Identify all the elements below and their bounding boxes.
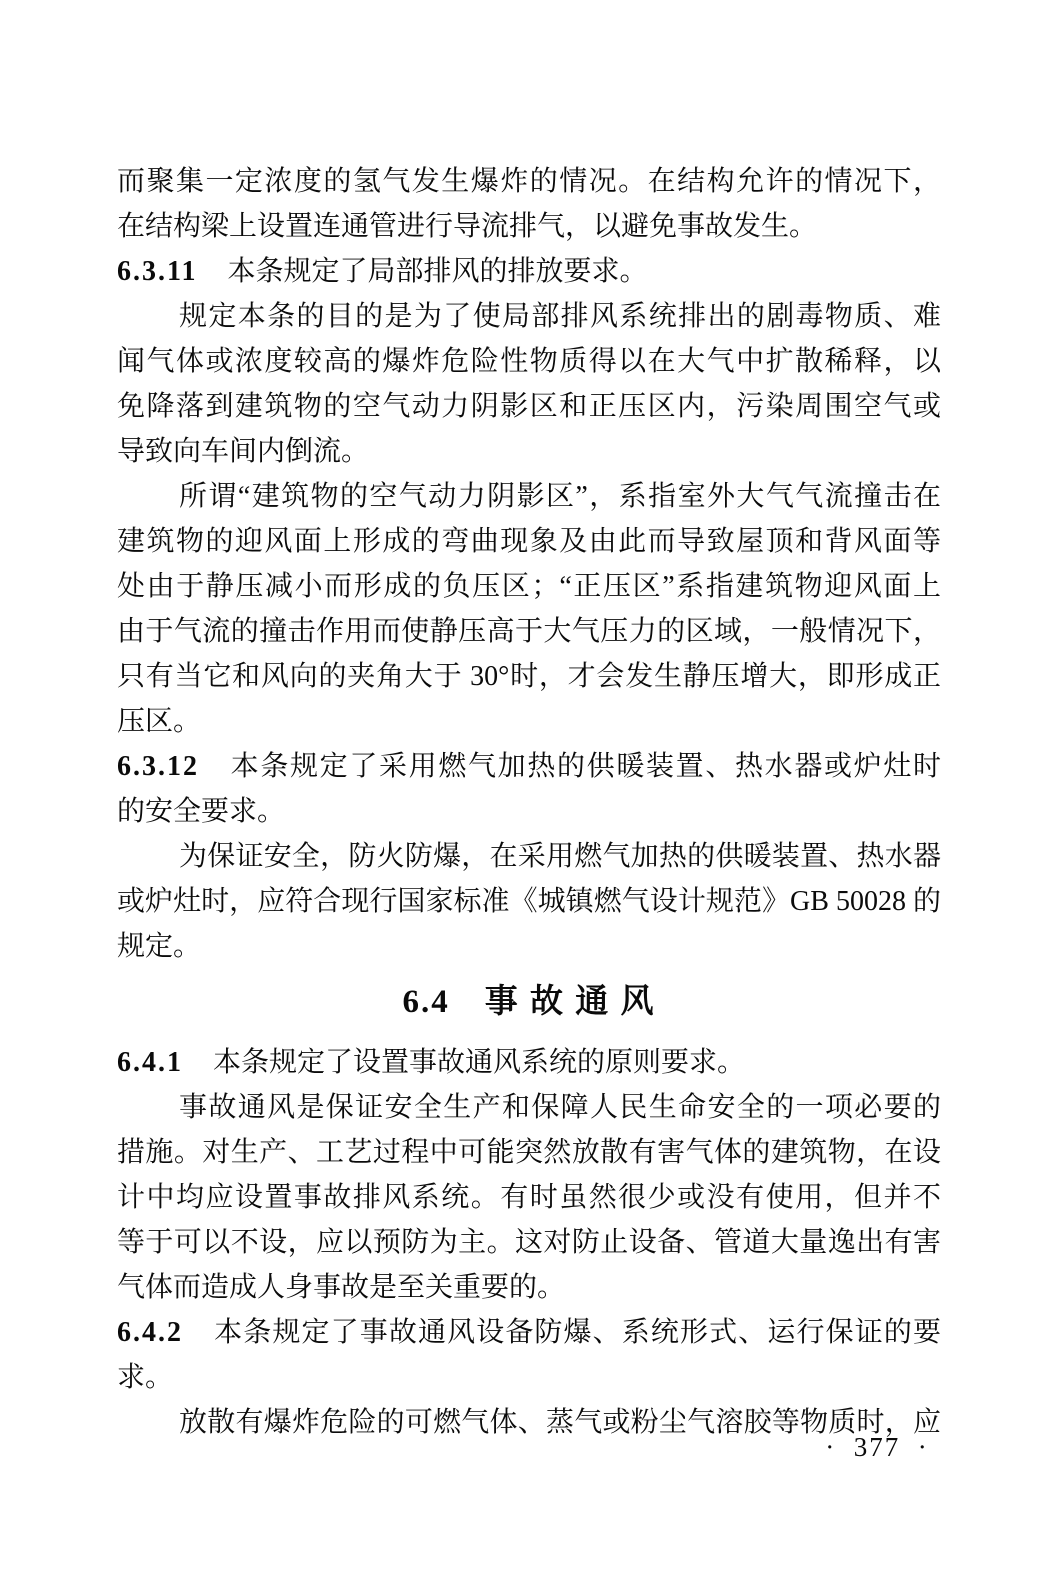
text-line: 事故通风是保证安全生产和保障人民生命安全的一项必要的 bbox=[117, 1085, 941, 1130]
line-text: 气体而造成人身事故是至关重要的。 bbox=[117, 1272, 565, 1303]
line-text: 所谓“建筑物的空气动力阴影区”，系指室外大气气流撞击在 bbox=[179, 481, 941, 512]
line-text: 本条规定了设置事故通风系统的原则要求。 bbox=[213, 1047, 745, 1078]
text-line: 而聚集一定浓度的氢气发生爆炸的情况。在结构允许的情况下， bbox=[117, 159, 941, 204]
text-line: 规定本条的目的是为了使局部排风系统排出的剧毒物质、难 bbox=[117, 294, 941, 339]
clause-number: 6.3.12 bbox=[117, 751, 199, 782]
text-line: 闻气体或浓度较高的爆炸危险性物质得以在大气中扩散稀释，以 bbox=[117, 339, 941, 384]
text-line: 或炉灶时，应符合现行国家标准《城镇燃气设计规范》GB 50028 的 bbox=[117, 879, 941, 924]
line-text: 事故通风是保证安全生产和保障人民生命安全的一项必要的 bbox=[179, 1092, 941, 1123]
text-line: 所谓“建筑物的空气动力阴影区”，系指室外大气气流撞击在 bbox=[117, 474, 941, 519]
line-text: 建筑物的迎风面上形成的弯曲现象及由此而导致屋顶和背风面等 bbox=[117, 526, 941, 557]
line-text: 规定。 bbox=[117, 931, 201, 962]
text-line: 导致向车间内倒流。 bbox=[117, 429, 941, 474]
text-block: 而聚集一定浓度的氢气发生爆炸的情况。在结构允许的情况下， 在结构梁上设置连通管进… bbox=[117, 159, 941, 1445]
line-text: 为保证安全，防火防爆，在采用燃气加热的供暖装置、热水器 bbox=[179, 841, 941, 872]
clause-number: 6.4.2 bbox=[117, 1317, 183, 1348]
line-text: 导致向车间内倒流。 bbox=[117, 436, 369, 467]
line-text: 闻气体或浓度较高的爆炸危险性物质得以在大气中扩散稀释，以 bbox=[117, 346, 941, 377]
text-line: 由于气流的撞击作用而使静压高于大气压力的区域，一般情况下， bbox=[117, 609, 941, 654]
text-line: 压区。 bbox=[117, 699, 941, 744]
line-text: 在结构梁上设置连通管进行导流排气，以避免事故发生。 bbox=[117, 211, 817, 242]
line-text: 处由于静压减小而形成的负压区；“正压区”系指建筑物迎风面上 bbox=[117, 571, 941, 602]
line-text: 只有当它和风向的夹角大于 30°时，才会发生静压增大，即形成正 bbox=[117, 661, 941, 692]
line-text: 本条规定了局部排风的排放要求。 bbox=[227, 256, 647, 287]
clause-number: 6.3.11 bbox=[117, 256, 197, 287]
line-text: 规定本条的目的是为了使局部排风系统排出的剧毒物质、难 bbox=[179, 301, 941, 332]
text-line: 在结构梁上设置连通管进行导流排气，以避免事故发生。 bbox=[117, 204, 941, 249]
clause-number: 6.4.1 bbox=[117, 1047, 183, 1078]
line-text: 求。 bbox=[117, 1362, 173, 1393]
text-line: 规定。 bbox=[117, 924, 941, 969]
section-heading: 6.4 事 故 通 风 bbox=[117, 978, 941, 1026]
text-line: 计中均应设置事故排风系统。有时虽然很少或没有使用，但并不 bbox=[117, 1175, 941, 1220]
line-text: 由于气流的撞击作用而使静压高于大气压力的区域，一般情况下， bbox=[117, 616, 941, 647]
page-number: · 377 · bbox=[772, 1432, 982, 1463]
text-line: 建筑物的迎风面上形成的弯曲现象及由此而导致屋顶和背风面等 bbox=[117, 519, 941, 564]
text-line: 处由于静压减小而形成的负压区；“正压区”系指建筑物迎风面上 bbox=[117, 564, 941, 609]
clause-line: 6.3.12本条规定了采用燃气加热的供暖装置、热水器或炉灶时 bbox=[117, 744, 941, 789]
text-line: 只有当它和风向的夹角大于 30°时，才会发生静压增大，即形成正 bbox=[117, 654, 941, 699]
text-line: 措施。对生产、工艺过程中可能突然放散有害气体的建筑物，在设 bbox=[117, 1130, 941, 1175]
line-text: 措施。对生产、工艺过程中可能突然放散有害气体的建筑物，在设 bbox=[117, 1137, 941, 1168]
line-text: 的安全要求。 bbox=[117, 796, 285, 827]
clause-line: 6.3.11本条规定了局部排风的排放要求。 bbox=[117, 249, 941, 294]
text-line: 免降落到建筑物的空气动力阴影区和正压区内，污染周围空气或 bbox=[117, 384, 941, 429]
line-text: 或炉灶时，应符合现行国家标准《城镇燃气设计规范》GB 50028 的 bbox=[117, 886, 941, 917]
text-line: 气体而造成人身事故是至关重要的。 bbox=[117, 1265, 941, 1310]
text-line: 的安全要求。 bbox=[117, 789, 941, 834]
line-text: 本条规定了事故通风设备防爆、系统形式、运行保证的要 bbox=[213, 1317, 941, 1348]
document-page: 而聚集一定浓度的氢气发生爆炸的情况。在结构允许的情况下， 在结构梁上设置连通管进… bbox=[0, 0, 1056, 1586]
line-text: 压区。 bbox=[117, 706, 201, 737]
line-text: 免降落到建筑物的空气动力阴影区和正压区内，污染周围空气或 bbox=[117, 391, 941, 422]
text-line: 等于可以不设，应以预防为主。这对防止设备、管道大量逸出有害 bbox=[117, 1220, 941, 1265]
clause-line: 6.4.2本条规定了事故通风设备防爆、系统形式、运行保证的要 bbox=[117, 1310, 941, 1355]
line-text: 计中均应设置事故排风系统。有时虽然很少或没有使用，但并不 bbox=[117, 1182, 941, 1213]
clause-line: 6.4.1本条规定了设置事故通风系统的原则要求。 bbox=[117, 1040, 941, 1085]
line-text: 本条规定了采用燃气加热的供暖装置、热水器或炉灶时 bbox=[229, 751, 941, 782]
text-line: 为保证安全，防火防爆，在采用燃气加热的供暖装置、热水器 bbox=[117, 834, 941, 879]
line-text: 而聚集一定浓度的氢气发生爆炸的情况。在结构允许的情况下， bbox=[117, 166, 941, 197]
text-line: 求。 bbox=[117, 1355, 941, 1400]
line-text: 等于可以不设，应以预防为主。这对防止设备、管道大量逸出有害 bbox=[117, 1227, 941, 1258]
